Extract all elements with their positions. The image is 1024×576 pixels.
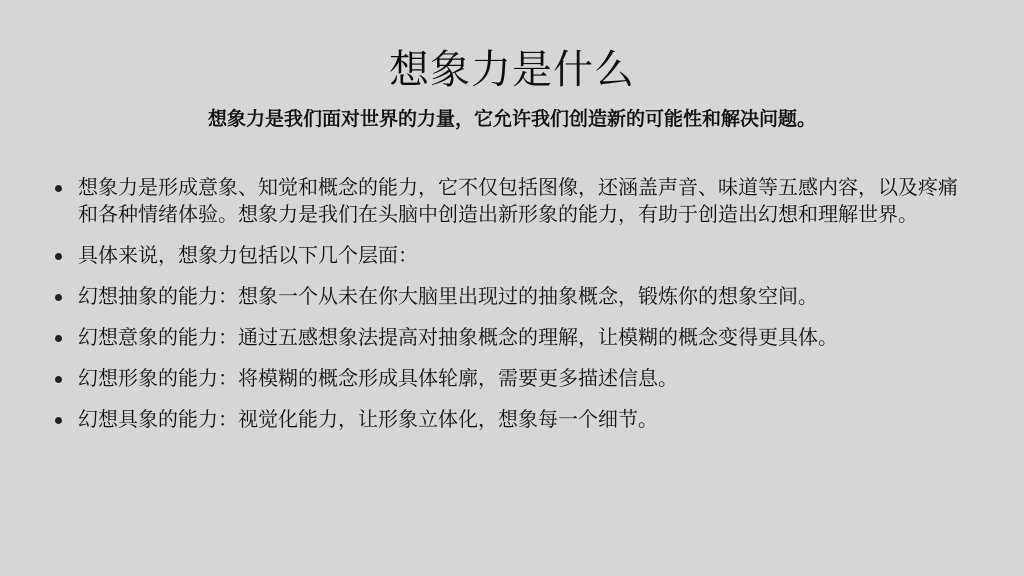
bullet-item: 具体来说，想象力包括以下几个层面： xyxy=(52,242,972,269)
bullet-list: 想象力是形成意象、知觉和概念的能力，它不仅包括图像，还涵盖声音、味道等五感内容，… xyxy=(52,174,972,447)
slide: 想象力是什么 想象力是我们面对世界的力量，它允许我们创造新的可能性和解决问题。 … xyxy=(0,0,1024,576)
bullet-dot-icon xyxy=(55,294,62,301)
bullet-item: 想象力是形成意象、知觉和概念的能力，它不仅包括图像，还涵盖声音、味道等五感内容，… xyxy=(52,174,972,228)
bullet-text: 幻想意象的能力：通过五感想象法提高对抽象概念的理解，让模糊的概念变得更具体。 xyxy=(78,324,972,351)
bullet-item: 幻想具象的能力：视觉化能力，让形象立体化，想象每一个细节。 xyxy=(52,406,972,433)
bullet-text: 幻想抽象的能力：想象一个从未在你大脑里出现过的抽象概念，锻炼你的想象空间。 xyxy=(78,283,972,310)
bullet-dot-icon xyxy=(55,335,62,342)
bullet-dot-icon xyxy=(55,417,62,424)
bullet-dot-icon xyxy=(55,253,62,260)
bullet-dot-icon xyxy=(55,376,62,383)
bullet-item: 幻想意象的能力：通过五感想象法提高对抽象概念的理解，让模糊的概念变得更具体。 xyxy=(52,324,972,351)
bullet-text: 想象力是形成意象、知觉和概念的能力，它不仅包括图像，还涵盖声音、味道等五感内容，… xyxy=(78,174,972,228)
slide-subtitle: 想象力是我们面对世界的力量，它允许我们创造新的可能性和解决问题。 xyxy=(0,106,1024,132)
bullet-item: 幻想抽象的能力：想象一个从未在你大脑里出现过的抽象概念，锻炼你的想象空间。 xyxy=(52,283,972,310)
bullet-item: 幻想形象的能力：将模糊的概念形成具体轮廓，需要更多描述信息。 xyxy=(52,365,972,392)
bullet-text: 幻想具象的能力：视觉化能力，让形象立体化，想象每一个细节。 xyxy=(78,406,972,433)
bullet-text: 幻想形象的能力：将模糊的概念形成具体轮廓，需要更多描述信息。 xyxy=(78,365,972,392)
bullet-dot-icon xyxy=(55,185,62,192)
bullet-text: 具体来说，想象力包括以下几个层面： xyxy=(78,242,972,269)
slide-title: 想象力是什么 xyxy=(0,44,1024,96)
